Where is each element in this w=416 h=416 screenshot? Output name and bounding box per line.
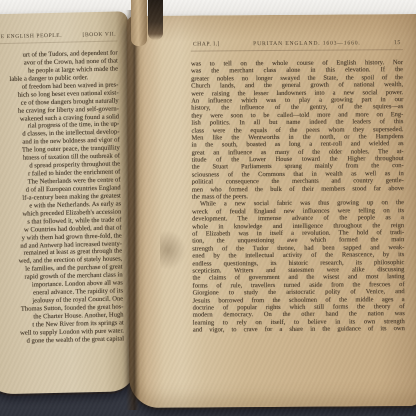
left-page: THE ENGLISH PEOPLE. [BOOK VII. urt of th… xyxy=(0,11,136,394)
left-header-title: THE ENGLISH PEOPLE. xyxy=(0,33,62,41)
left-running-header: THE ENGLISH PEOPLE. [BOOK VII. xyxy=(0,32,117,45)
text-line: and vigor, to crave for a share in the g… xyxy=(193,325,405,334)
right-page: CHAP. I.] PURITAN ENGLAND. 1603—1660. 15… xyxy=(127,14,416,408)
text-line: d gone the wealth of the great capital xyxy=(0,335,124,346)
left-page-content: THE ENGLISH PEOPLE. [BOOK VII. urt of th… xyxy=(0,32,124,347)
right-page-text: was to tell on the whole course of Engli… xyxy=(191,59,405,334)
right-running-header: CHAP. I.] PURITAN ENGLAND. 1603—1660. 15 xyxy=(191,40,403,51)
left-page-text: urt of the Tudors, and dependent foravor… xyxy=(0,49,124,346)
book-photo: THE ENGLISH PEOPLE. [BOOK VII. urt of th… xyxy=(0,0,416,416)
page-number: 15 xyxy=(394,40,401,46)
chapter-label: CHAP. I.] xyxy=(193,41,220,47)
right-page-content: CHAP. I.] PURITAN ENGLAND. 1603—1660. 15… xyxy=(191,40,405,334)
spine-gap xyxy=(148,0,163,40)
chapter-title: PURITAN ENGLAND. 1603—1660. xyxy=(253,40,360,47)
page-curl xyxy=(131,0,147,46)
left-header-book: [BOOK VII. xyxy=(82,32,116,39)
text-line: men who formed the bulk of their members… xyxy=(192,185,404,194)
